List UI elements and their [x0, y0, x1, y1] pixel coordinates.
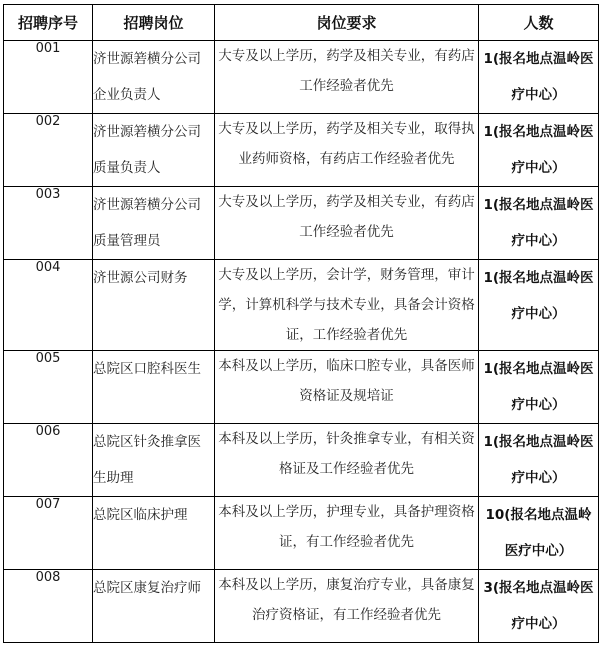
- header-seq: 招聘序号: [4, 5, 93, 41]
- header-count: 人数: [479, 5, 599, 41]
- seq-cell: 008: [4, 570, 93, 643]
- post-cell: 总院区临床护理: [93, 497, 215, 570]
- requirement-cell: 大专及以上学历，会计学，财务管理，审计学，计算机科学与技术专业，具备会计资格证，…: [215, 260, 479, 351]
- requirement-cell: 本科及以上学历，康复治疗专业，具备康复治疗资格证，有工作经验者优先: [215, 570, 479, 643]
- post-cell: 济世源箬横分公司企业负责人: [93, 41, 215, 114]
- count-cell: 1(报名地点温岭医疗中心）: [479, 260, 599, 351]
- count-cell: 1(报名地点温岭医疗中心）: [479, 114, 599, 187]
- table-row: 005 总院区口腔科医生 本科及以上学历，临床口腔专业，具备医师资格证及规培证 …: [4, 351, 599, 424]
- table-row: 006 总院区针灸推拿医生助理 本科及以上学历，针灸推拿专业，有相关资格证及工作…: [4, 424, 599, 497]
- table-row: 001 济世源箬横分公司企业负责人 大专及以上学历，药学及相关专业，有药店工作经…: [4, 41, 599, 114]
- count-cell: 3(报名地点温岭医疗中心）: [479, 570, 599, 643]
- count-cell: 1(报名地点温岭医疗中心）: [479, 424, 599, 497]
- post-cell: 总院区口腔科医生: [93, 351, 215, 424]
- table-row: 003 济世源箬横分公司质量管理员 大专及以上学历，药学及相关专业，有药店工作经…: [4, 187, 599, 260]
- count-cell: 10(报名地点温岭医疗中心）: [479, 497, 599, 570]
- seq-cell: 001: [4, 41, 93, 114]
- recruitment-table: 招聘序号 招聘岗位 岗位要求 人数 001 济世源箬横分公司企业负责人 大专及以…: [3, 4, 599, 643]
- header-row: 招聘序号 招聘岗位 岗位要求 人数: [4, 5, 599, 41]
- seq-cell: 005: [4, 351, 93, 424]
- table-row: 008 总院区康复治疗师 本科及以上学历，康复治疗专业，具备康复治疗资格证，有工…: [4, 570, 599, 643]
- seq-cell: 007: [4, 497, 93, 570]
- post-cell: 总院区针灸推拿医生助理: [93, 424, 215, 497]
- count-cell: 1(报名地点温岭医疗中心）: [479, 41, 599, 114]
- seq-cell: 004: [4, 260, 93, 351]
- table-row: 004 济世源公司财务 大专及以上学历，会计学，财务管理，审计学，计算机科学与技…: [4, 260, 599, 351]
- seq-cell: 006: [4, 424, 93, 497]
- requirement-cell: 大专及以上学历，药学及相关专业，有药店工作经验者优先: [215, 41, 479, 114]
- count-cell: 1(报名地点温岭医疗中心）: [479, 351, 599, 424]
- post-cell: 济世源箬横分公司质量负责人: [93, 114, 215, 187]
- post-cell: 总院区康复治疗师: [93, 570, 215, 643]
- count-cell: 1(报名地点温岭医疗中心）: [479, 187, 599, 260]
- table-row: 007 总院区临床护理 本科及以上学历，护理专业，具备护理资格证，有工作经验者优…: [4, 497, 599, 570]
- requirement-cell: 本科及以上学历，护理专业，具备护理资格证，有工作经验者优先: [215, 497, 479, 570]
- header-post: 招聘岗位: [93, 5, 215, 41]
- header-requirement: 岗位要求: [215, 5, 479, 41]
- table-row: 002 济世源箬横分公司质量负责人 大专及以上学历，药学及相关专业，取得执业药师…: [4, 114, 599, 187]
- requirement-cell: 大专及以上学历，药学及相关专业，取得执业药师资格，有药店工作经验者优先: [215, 114, 479, 187]
- seq-cell: 002: [4, 114, 93, 187]
- requirement-cell: 大专及以上学历，药学及相关专业，有药店工作经验者优先: [215, 187, 479, 260]
- requirement-cell: 本科及以上学历，针灸推拿专业，有相关资格证及工作经验者优先: [215, 424, 479, 497]
- post-cell: 济世源箬横分公司质量管理员: [93, 187, 215, 260]
- post-cell: 济世源公司财务: [93, 260, 215, 351]
- seq-cell: 003: [4, 187, 93, 260]
- requirement-cell: 本科及以上学历，临床口腔专业，具备医师资格证及规培证: [215, 351, 479, 424]
